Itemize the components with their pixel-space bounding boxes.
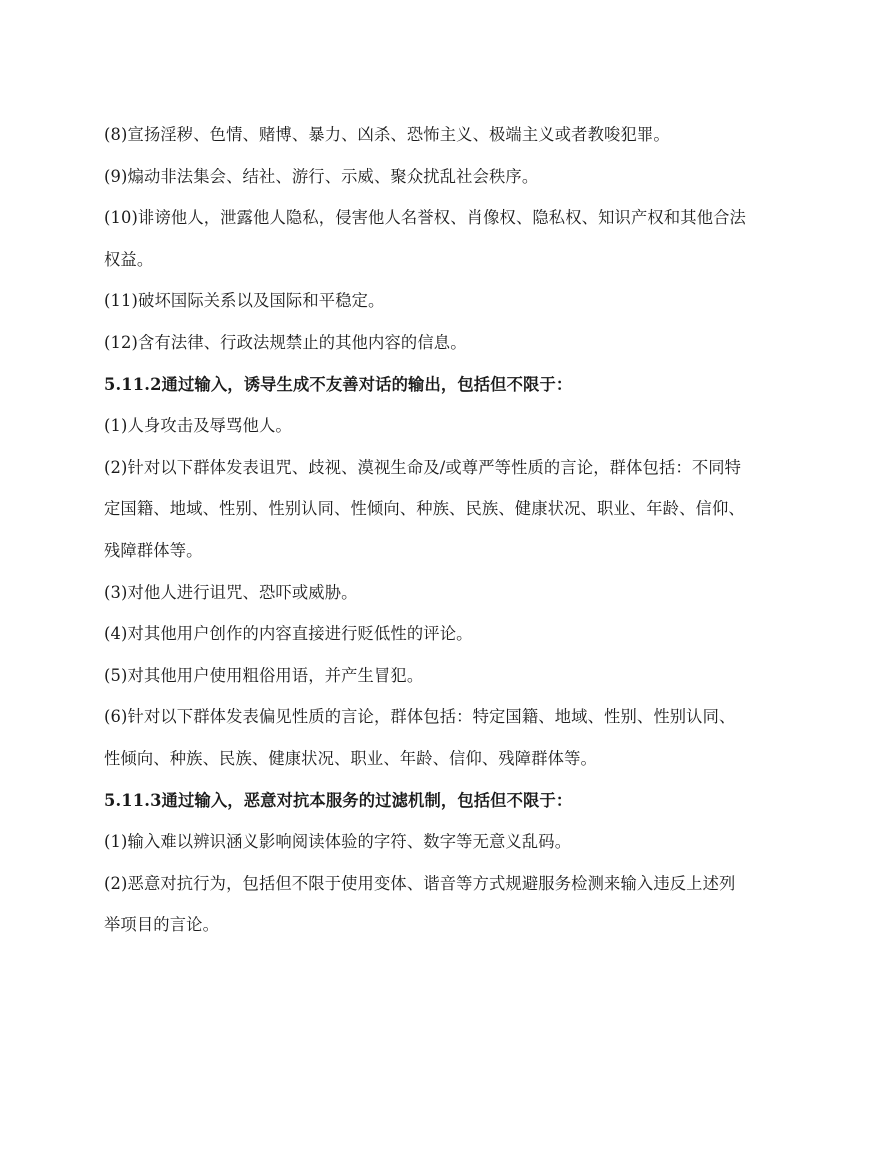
section-heading-5-11-2: 5.11.2通过输入，诱导生成不友善对话的输出，包括但不限于： bbox=[104, 364, 794, 406]
list-item-12: (12)含有法律、行政法规禁止的其他内容的信息。 bbox=[104, 322, 794, 364]
list-item-9: (9)煽动非法集会、结社、游行、示威、聚众扰乱社会秩序。 bbox=[104, 156, 794, 198]
list-item-2: (2)针对以下群体发表诅咒、歧视、漠视生命及/或尊严等性质的言论，群体包括：不同… bbox=[104, 447, 794, 489]
list-item-1: (1)输入难以辨识涵义影响阅读体验的字符、数字等无意义乱码。 bbox=[104, 821, 794, 863]
list-item-2-continuation: 定国籍、地域、性别、性别认同、性倾向、种族、民族、健康状况、职业、年龄、信仰、 bbox=[104, 488, 794, 530]
list-item-11: (11)破坏国际关系以及国际和平稳定。 bbox=[104, 280, 794, 322]
list-item-4: (4)对其他用户创作的内容直接进行贬低性的评论。 bbox=[104, 613, 794, 655]
section-heading-5-11-3: 5.11.3通过输入，恶意对抗本服务的过滤机制，包括但不限于： bbox=[104, 780, 794, 822]
list-item-5: (5)对其他用户使用粗俗用语，并产生冒犯。 bbox=[104, 655, 794, 697]
list-item-6: (6)针对以下群体发表偏见性质的言论，群体包括：特定国籍、地域、性别、性别认同、 bbox=[104, 696, 794, 738]
list-item-3: (3)对他人进行诅咒、恐吓或威胁。 bbox=[104, 572, 794, 614]
list-item-8: (8)宣扬淫秽、色情、赌博、暴力、凶杀、恐怖主义、极端主义或者教唆犯罪。 bbox=[104, 114, 794, 156]
list-item-2-continuation: 残障群体等。 bbox=[104, 530, 794, 572]
list-item-10-continuation: 权益。 bbox=[104, 239, 794, 281]
list-item-2: (2)恶意对抗行为，包括但不限于使用变体、谐音等方式规避服务检测来输入违反上述列 bbox=[104, 863, 794, 905]
list-item-10: (10)诽谤他人，泄露他人隐私，侵害他人名誉权、肖像权、隐私权、知识产权和其他合… bbox=[104, 197, 794, 239]
document-page: (8)宣扬淫秽、色情、赌博、暴力、凶杀、恐怖主义、极端主义或者教唆犯罪。 (9)… bbox=[104, 114, 794, 946]
list-item-1: (1)人身攻击及辱骂他人。 bbox=[104, 405, 794, 447]
list-item-2-continuation: 举项目的言论。 bbox=[104, 904, 794, 946]
list-item-6-continuation: 性倾向、种族、民族、健康状况、职业、年龄、信仰、残障群体等。 bbox=[104, 738, 794, 780]
